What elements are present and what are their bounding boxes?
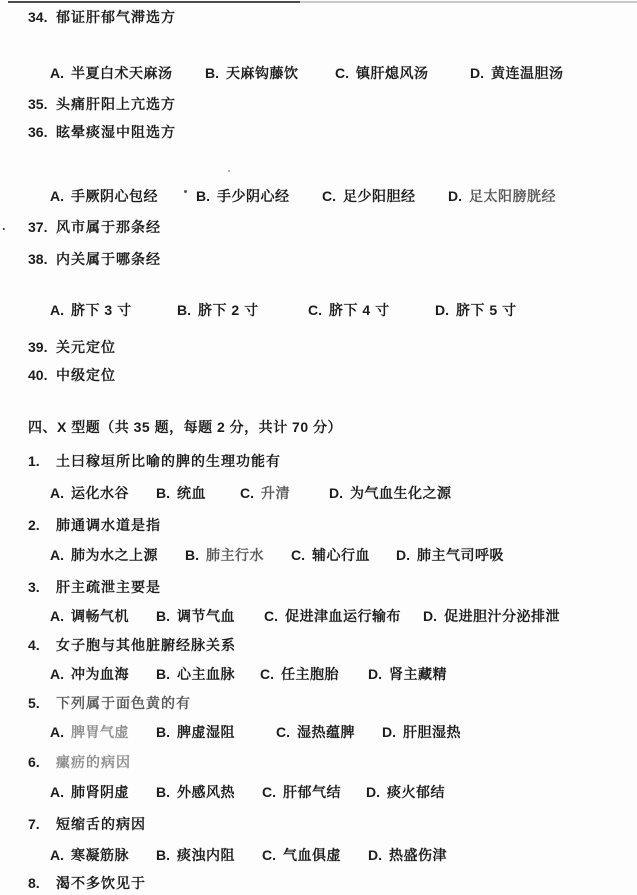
question-number: 34. — [28, 8, 47, 26]
option-label: C. — [262, 847, 276, 863]
option-text: 肺肾阴虚 — [71, 784, 129, 800]
option-text: 调畅气机 — [71, 608, 129, 624]
option-text: 促进津血运行输布 — [285, 608, 401, 624]
option-d: D.为气血生化之源 — [329, 484, 452, 502]
option-label: D. — [470, 65, 484, 81]
question-number: 35. — [28, 95, 47, 113]
question-number: 37. — [28, 218, 47, 236]
question-text: 风市属于那条经 — [56, 218, 161, 236]
options-34: A.半夏白术天麻汤 B.天麻钩藤饮 C.镇肝熄风汤 D.黄连温胆汤 — [0, 64, 637, 82]
option-c: C.促进津血运行输布 — [264, 607, 401, 625]
option-text: 脐下 3 寸 — [71, 302, 132, 318]
option-label: C. — [264, 608, 278, 624]
option-c: C.肝郁气结 — [262, 783, 341, 801]
question-38: 38. 内关属于哪条经 — [0, 250, 637, 268]
option-text: 寒凝筋脉 — [71, 847, 129, 863]
option-label: C. — [276, 724, 290, 740]
option-label: A. — [50, 547, 64, 563]
option-text: 肝郁气结 — [283, 784, 341, 800]
question-x4: 4. 女子胞与其他脏腑经脉关系 — [0, 636, 637, 654]
option-label: C. — [262, 784, 276, 800]
option-a: A.寒凝筋脉 — [50, 846, 129, 864]
option-d: D.促进胆汁分泌排泄 — [423, 607, 560, 625]
option-label: C. — [308, 302, 322, 318]
option-text: 肺为水之上源 — [71, 547, 158, 563]
option-label: B. — [156, 485, 170, 501]
option-d: D.足太阳膀胱经 — [448, 187, 556, 205]
option-label: D. — [435, 302, 449, 318]
question-text: 土曰稼垣所比喻的脾的生理功能有 — [56, 452, 281, 470]
option-b: B.统血 — [156, 484, 206, 502]
option-c: C.湿热蕴脾 — [276, 723, 355, 741]
question-text: 内关属于哪条经 — [56, 250, 161, 268]
option-label: A. — [50, 188, 64, 204]
option-label: D. — [366, 784, 380, 800]
question-text: 肝主疏泄主要是 — [56, 578, 161, 596]
question-35: 35. 头痛肝阳上亢选方 — [0, 95, 637, 113]
option-b: B.天麻钩藤饮 — [205, 64, 299, 82]
option-label: A. — [50, 65, 64, 81]
question-34: 34. 郁证肝郁气滞选方 — [0, 8, 637, 26]
option-label: C. — [291, 547, 305, 563]
option-c: C.辅心行血 — [291, 546, 370, 564]
option-b: B.手少阴心经 — [196, 187, 290, 205]
option-text: 任主胞胎 — [281, 666, 339, 682]
option-label: D. — [396, 547, 410, 563]
option-text: 天麻钩藤饮 — [226, 65, 299, 81]
option-text: 镇肝熄风汤 — [356, 65, 429, 81]
question-x2: 2. 肺通调水道是指 — [0, 516, 637, 534]
option-b: B.肺主行水 — [185, 546, 264, 564]
option-label: D. — [368, 847, 382, 863]
question-x8: 8. 渴不多饮见于 — [0, 874, 637, 892]
options-x2: A.肺为水之上源 B.肺主行水 C.辅心行血 D.肺主气司呼吸 — [0, 546, 637, 564]
option-text: 肝胆湿热 — [403, 724, 461, 740]
option-label: C. — [322, 188, 336, 204]
options-x3: A.调畅气机 B.调节气血 C.促进津血运行输布 D.促进胆汁分泌排泄 — [0, 607, 637, 625]
question-number: 3. — [28, 578, 40, 596]
option-label: A. — [50, 302, 64, 318]
option-a: A.调畅气机 — [50, 607, 129, 625]
question-x3: 3. 肝主疏泄主要是 — [0, 578, 637, 596]
option-text: 黄连温胆汤 — [491, 65, 564, 81]
options-x4: A.冲为血海 B.心主血脉 C.任主胞胎 D.肾主藏精 — [0, 665, 637, 683]
option-c: C.足少阳胆经 — [322, 187, 416, 205]
option-b: B.痰浊内阻 — [156, 846, 235, 864]
option-text: 为气血生化之源 — [350, 485, 452, 501]
options-x1: A.运化水谷 B.统血 C.升清 D.为气血生化之源 — [0, 484, 637, 502]
option-label: B. — [205, 65, 219, 81]
option-text: 调节气血 — [177, 608, 235, 624]
option-label: D. — [368, 666, 382, 682]
option-text: 半夏白术天麻汤 — [71, 65, 173, 81]
option-a: A.手厥阴心包经 — [50, 187, 158, 205]
question-39: 39. 关元定位 — [0, 338, 637, 356]
question-text: 肺通调水道是指 — [56, 516, 161, 534]
scan-edge-line-light — [300, 1, 637, 3]
option-a: A.肺为水之上源 — [50, 546, 158, 564]
option-label: D. — [448, 188, 462, 204]
option-label: A. — [50, 666, 64, 682]
question-text: 渴不多饮见于 — [56, 874, 146, 892]
options-38: A.脐下 3 寸 B.脐下 2 寸 C.脐下 4 寸 D.脐下 5 寸 — [0, 301, 637, 319]
option-text: 手少阴心经 — [217, 188, 290, 204]
option-text: 足少阳胆经 — [343, 188, 416, 204]
option-label: B. — [185, 547, 199, 563]
option-text: 气血俱虚 — [283, 847, 341, 863]
question-text: 下列属于面色黄的有 — [56, 694, 191, 712]
question-text: 中级定位 — [56, 366, 116, 384]
option-label: C. — [260, 666, 274, 682]
question-number: 1. — [28, 452, 40, 470]
option-c: C.镇肝熄风汤 — [335, 64, 429, 82]
question-text: 头痛肝阳上亢选方 — [56, 95, 176, 113]
question-37: 37. 风市属于那条经 — [0, 218, 637, 236]
option-text: 脾胃气虚 — [71, 724, 129, 740]
option-text: 脾虚湿阻 — [177, 724, 235, 740]
option-label: D. — [382, 724, 396, 740]
question-text: 短缩舌的病因 — [56, 815, 146, 833]
option-text: 升清 — [261, 485, 290, 501]
question-number: 8. — [28, 874, 40, 892]
option-text: 外感风热 — [177, 784, 235, 800]
question-text: 女子胞与其他脏腑经脉关系 — [56, 636, 236, 654]
option-a: A.冲为血海 — [50, 665, 129, 683]
option-text: 统血 — [177, 485, 206, 501]
option-a: A.脐下 3 寸 — [50, 301, 132, 319]
question-x7: 7. 短缩舌的病因 — [0, 815, 637, 833]
option-text: 肾主藏精 — [389, 666, 447, 682]
question-number: 6. — [28, 753, 40, 771]
option-a: A.肺肾阴虚 — [50, 783, 129, 801]
option-b: B.心主血脉 — [156, 665, 235, 683]
option-d: D.肝胆湿热 — [382, 723, 461, 741]
option-text: 足太阳膀胱经 — [469, 188, 556, 204]
option-d: D.痰火郁结 — [366, 783, 445, 801]
option-text: 运化水谷 — [71, 485, 129, 501]
option-label: B. — [177, 302, 191, 318]
question-text: 关元定位 — [56, 338, 116, 356]
option-text: 热盛伤津 — [389, 847, 447, 863]
option-b: B.脾虚湿阻 — [156, 723, 235, 741]
question-x5: 5. 下列属于面色黄的有 — [0, 694, 637, 712]
question-number: 7. — [28, 815, 40, 833]
question-text: 眩晕痰湿中阻选方 — [56, 123, 176, 141]
question-number: 4. — [28, 636, 40, 654]
question-number: 36. — [28, 123, 47, 141]
option-label: B. — [156, 847, 170, 863]
option-label: A. — [50, 608, 64, 624]
option-label: D. — [423, 608, 437, 624]
option-text: 痰火郁结 — [387, 784, 445, 800]
option-d: D.肾主藏精 — [368, 665, 447, 683]
question-number: 5. — [28, 694, 40, 712]
option-c: C.气血俱虚 — [262, 846, 341, 864]
option-label: B. — [196, 188, 210, 204]
options-x6: A.肺肾阴虚 B.外感风热 C.肝郁气结 D.痰火郁结 — [0, 783, 637, 801]
option-label: B. — [156, 784, 170, 800]
option-label: B. — [156, 724, 170, 740]
option-label: B. — [156, 666, 170, 682]
option-a: A.脾胃气虚 — [50, 723, 129, 741]
option-label: A. — [50, 485, 64, 501]
option-c: C.任主胞胎 — [260, 665, 339, 683]
option-text: 肺主行水 — [206, 547, 264, 563]
options-x7: A.寒凝筋脉 B.痰浊内阻 C.气血俱虚 D.热盛伤津 — [0, 846, 637, 864]
option-text: 冲为血海 — [71, 666, 129, 682]
option-label: D. — [329, 485, 343, 501]
question-36: 36. 眩晕痰湿中阻选方 — [0, 123, 637, 141]
option-d: D.肺主气司呼吸 — [396, 546, 504, 564]
option-c: C.升清 — [240, 484, 290, 502]
option-label: C. — [240, 485, 254, 501]
option-text: 促进胆汁分泌排泄 — [444, 608, 560, 624]
question-text: 郁证肝郁气滞选方 — [56, 8, 176, 26]
option-label: A. — [50, 784, 64, 800]
option-label: A. — [50, 847, 64, 863]
question-x6: 6. 瘰疬的病因 — [0, 753, 637, 771]
option-b: B.调节气血 — [156, 607, 235, 625]
scanned-exam-page: . 34. 郁证肝郁气滞选方 A.半夏白术天麻汤 B.天麻钩藤饮 C.镇肝熄风汤… — [0, 0, 637, 895]
question-text: 瘰疬的病因 — [56, 753, 131, 771]
option-text: 心主血脉 — [177, 666, 235, 682]
option-text: 肺主气司呼吸 — [417, 547, 504, 563]
question-number: 38. — [28, 250, 47, 268]
option-text: 脐下 2 寸 — [198, 302, 259, 318]
scan-speck — [228, 170, 230, 172]
question-x1: 1. 土曰稼垣所比喻的脾的生理功能有 — [0, 452, 637, 470]
option-label: B. — [156, 608, 170, 624]
option-text: 湿热蕴脾 — [297, 724, 355, 740]
question-number: 2. — [28, 516, 40, 534]
option-text: 痰浊内阻 — [177, 847, 235, 863]
options-x5: A.脾胃气虚 B.脾虚湿阻 C.湿热蕴脾 D.肝胆湿热 — [0, 723, 637, 741]
option-label: A. — [50, 724, 64, 740]
option-text: 脐下 4 寸 — [329, 302, 390, 318]
question-40: 40. 中级定位 — [0, 366, 637, 384]
option-text: 手厥阴心包经 — [71, 188, 158, 204]
option-a: A.运化水谷 — [50, 484, 129, 502]
scan-edge-line-dark — [8, 1, 322, 3]
option-d: D.黄连温胆汤 — [470, 64, 564, 82]
question-number: 39. — [28, 338, 47, 356]
option-d: D.热盛伤津 — [368, 846, 447, 864]
option-text: 辅心行血 — [312, 547, 370, 563]
options-36: A.手厥阴心包经 B.手少阴心经 C.足少阳胆经 D.足太阳膀胱经 — [0, 187, 637, 205]
option-text: 脐下 5 寸 — [456, 302, 517, 318]
option-label: C. — [335, 65, 349, 81]
section-heading-text: 四、X 型题（共 35 题，每题 2 分，共计 70 分） — [28, 418, 342, 436]
option-b: B.外感风热 — [156, 783, 235, 801]
option-d: D.脐下 5 寸 — [435, 301, 517, 319]
option-a: A.半夏白术天麻汤 — [50, 64, 173, 82]
question-number: 40. — [28, 366, 47, 384]
section-heading: 四、X 型题（共 35 题，每题 2 分，共计 70 分） — [0, 418, 637, 436]
option-b: B.脐下 2 寸 — [177, 301, 259, 319]
option-c: C.脐下 4 寸 — [308, 301, 390, 319]
